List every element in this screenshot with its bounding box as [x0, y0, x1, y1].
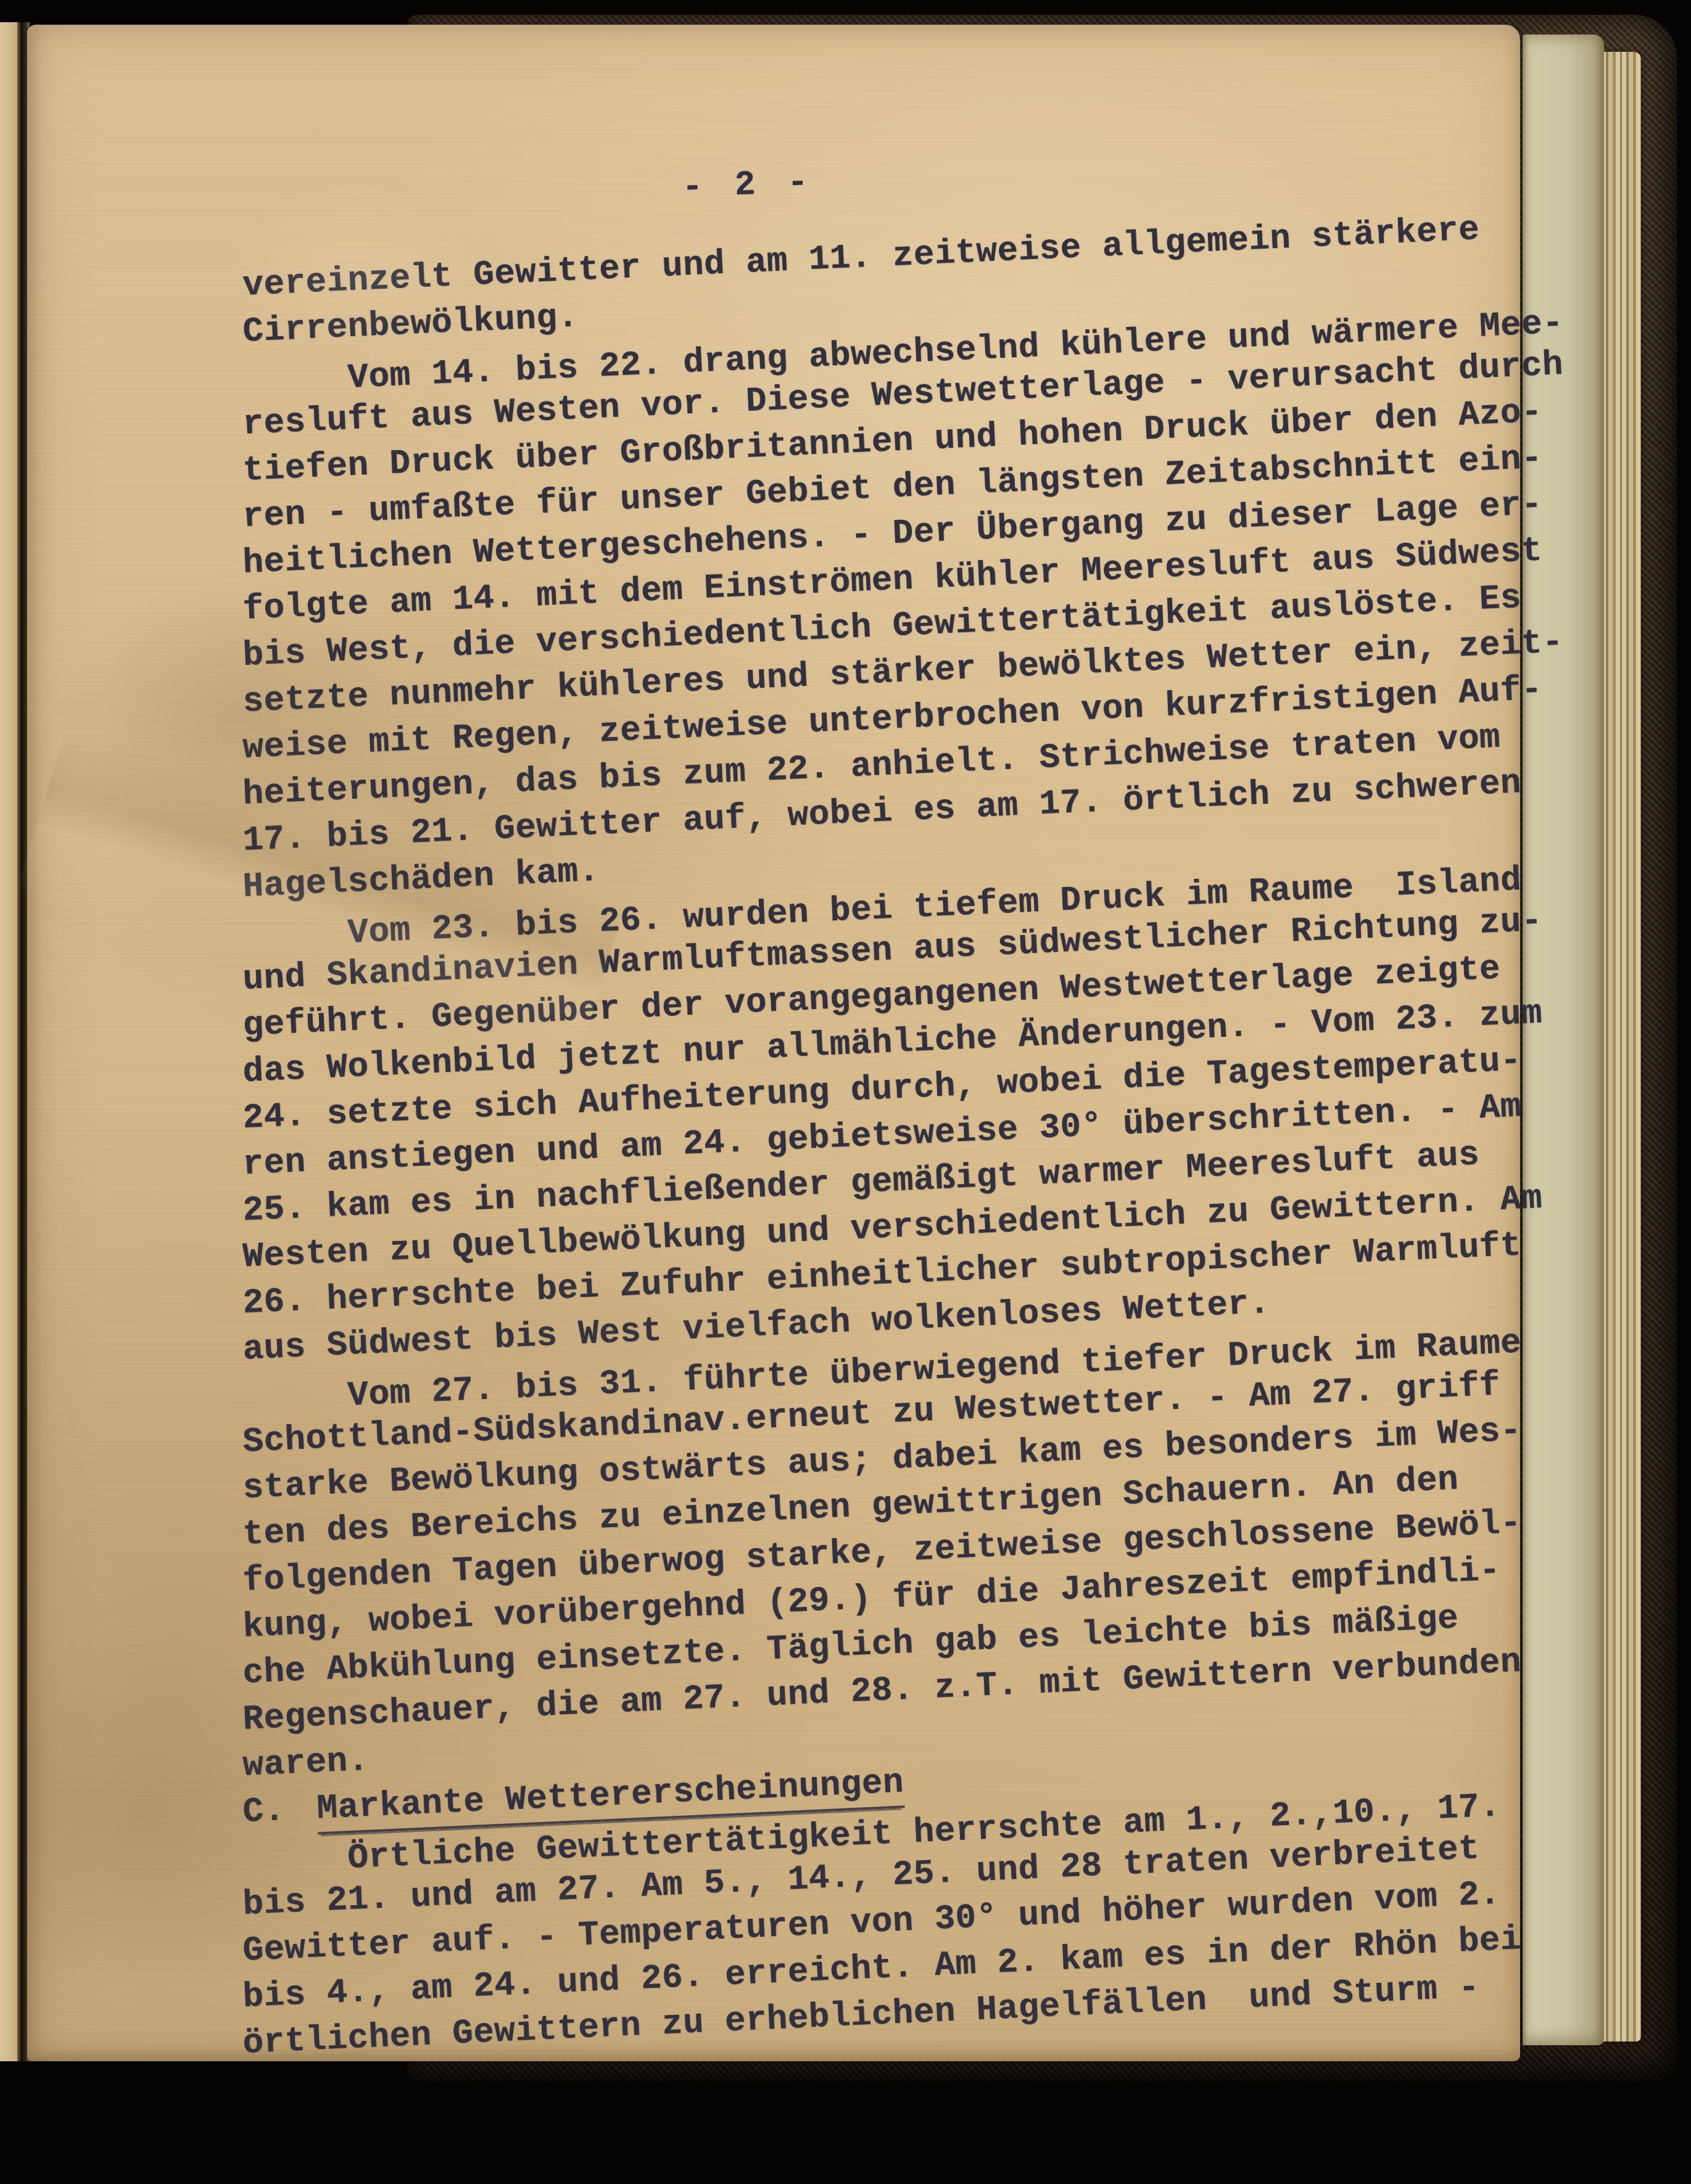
book-scan: { "document": { "page_number": "- 2 -", …: [0, 0, 1691, 2184]
document-page: - 2 - vereinzelt Gewitter und am 11. zei…: [27, 25, 1520, 2061]
page-number: - 2 -: [681, 162, 814, 207]
section-label: C.: [242, 1790, 286, 1832]
page-stack-edge: [1602, 52, 1641, 2042]
text-line: waren.: [242, 1739, 370, 1787]
text-line: vereinzelt Gewitter und am 11. zeitweise…: [242, 208, 1480, 307]
